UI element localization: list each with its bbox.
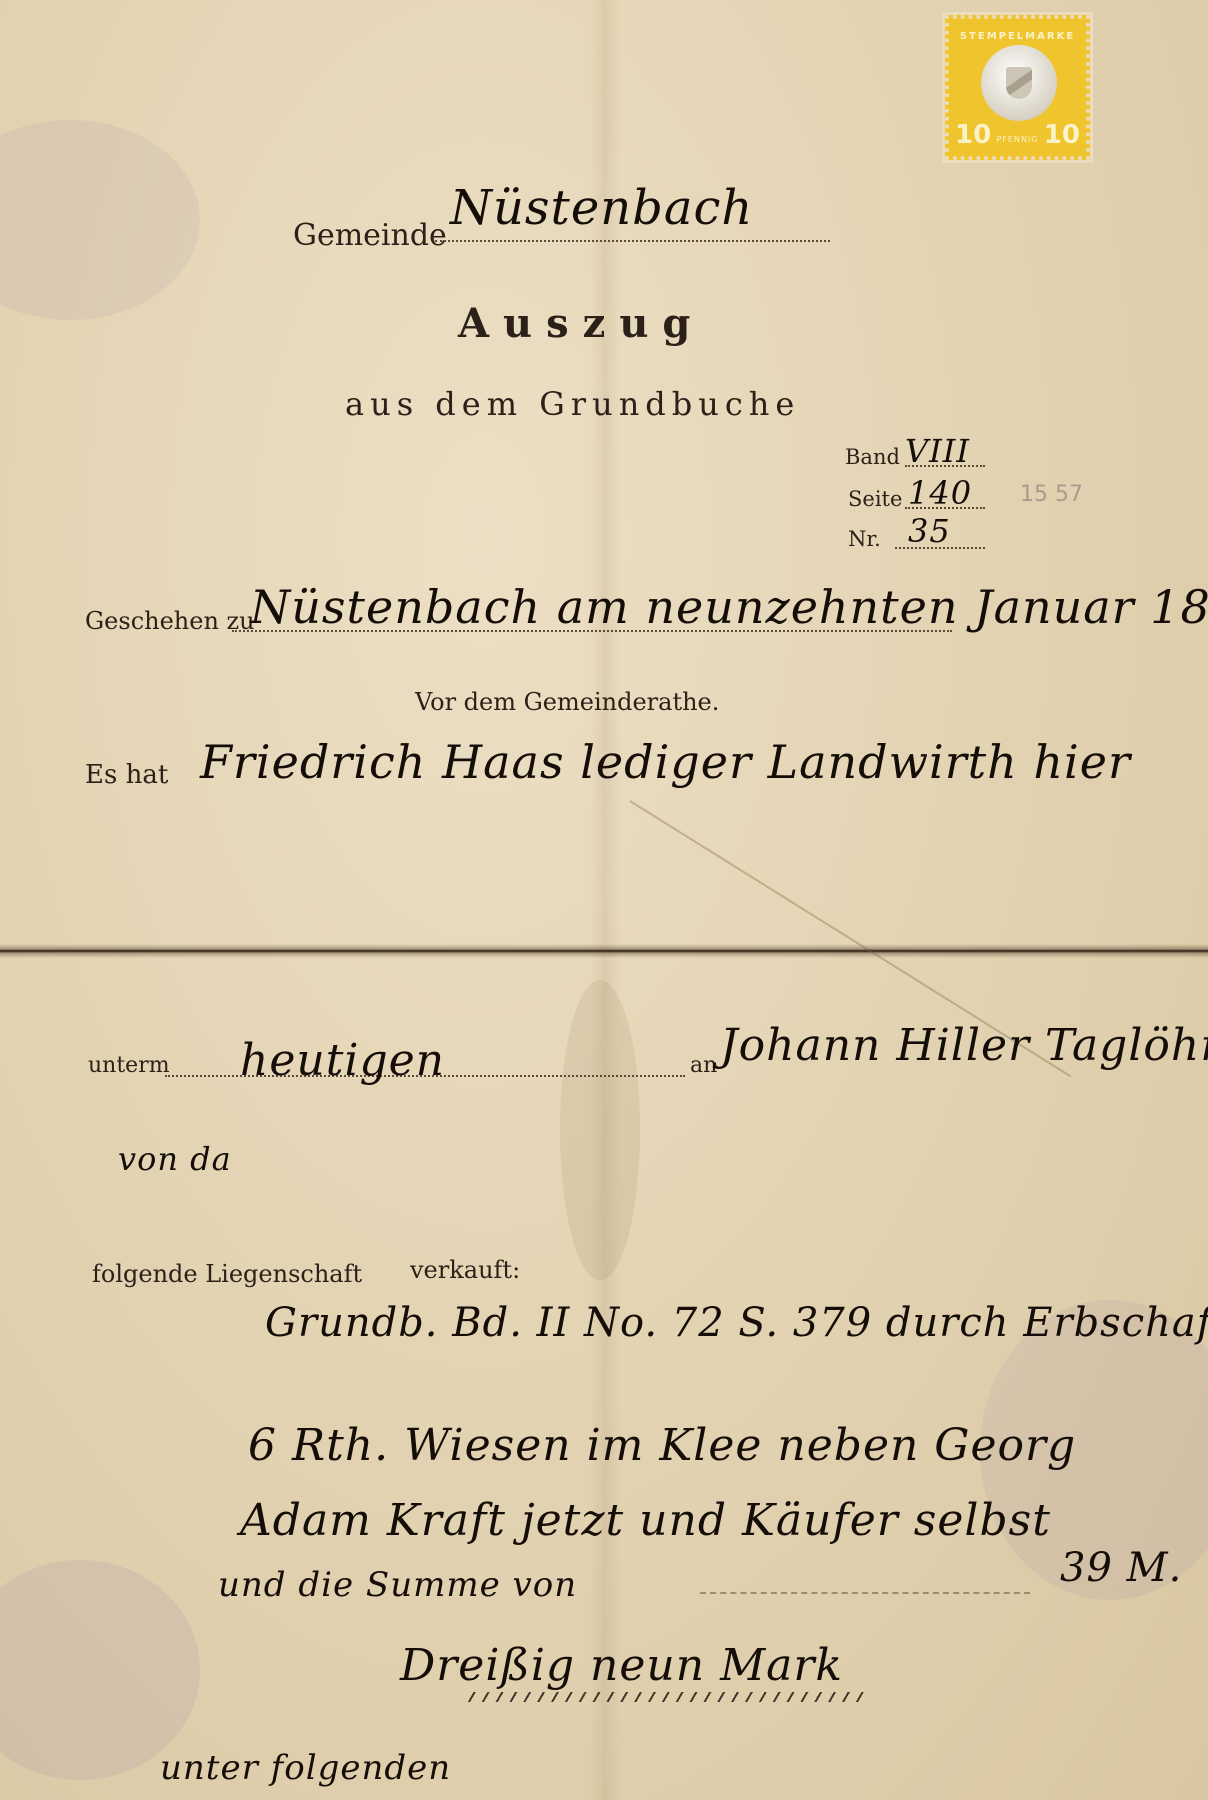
es-hat-label: Es hat [85, 760, 168, 790]
nr-label: Nr. [848, 527, 881, 551]
shield-icon [1006, 67, 1032, 99]
nr-value: 35 [908, 512, 951, 550]
band-label: Band [845, 445, 900, 469]
liegenschaft-label: folgende Liegenschaft [92, 1260, 362, 1288]
geschehen-label: Geschehen zu [85, 607, 255, 635]
seller-value: Friedrich Haas lediger Landwirth hier [200, 735, 1131, 789]
paper-stain [0, 1560, 200, 1780]
stamp-value-right: 10 [1044, 122, 1080, 148]
seite-label: Seite [848, 487, 902, 511]
closing-text: unter folgenden [160, 1748, 451, 1788]
vor-dem-gemeinderathe: Vor dem Gemeinderathe. [415, 688, 719, 716]
pencil-note: 15 57 [1020, 482, 1083, 507]
amount-value: 39 M. [1060, 1545, 1182, 1591]
amount-dotted-line [700, 1592, 1030, 1594]
seite-value: 140 [908, 474, 972, 512]
verkauft-label: verkauft: [410, 1256, 520, 1284]
von-da-value: von da [118, 1140, 232, 1178]
revenue-stamp: STEMPELMARKE 10 PFENNIG 10 [945, 15, 1090, 160]
amount-in-words: Dreißig neun Mark [400, 1640, 843, 1691]
gemeinde-label: Gemeinde [293, 218, 447, 253]
buyer-value: Johann Hiller Taglöhner [720, 1020, 1208, 1071]
stamp-title: STEMPELMARKE [949, 31, 1086, 42]
property-line-4: und die Summe von [218, 1565, 577, 1605]
geschehen-value: Nüstenbach am neunzehnten Januar 1875 [250, 580, 1208, 634]
gemeinde-value: Nüstenbach [450, 180, 753, 236]
stamp-value: 10 PFENNIG 10 [955, 122, 1080, 148]
coat-of-arms-icon [981, 45, 1057, 121]
amount-underline [462, 1692, 867, 1702]
paper-stain [0, 120, 200, 320]
band-value: VIII [905, 432, 970, 470]
document-title: Auszug [458, 300, 704, 347]
property-line-3: Adam Kraft jetzt und Käufer selbst [240, 1495, 1051, 1546]
property-line-1: Grundb. Bd. II No. 72 S. 379 durch Erbsc… [265, 1300, 1208, 1346]
document-subtitle: aus dem Grundbuche [345, 385, 800, 423]
stamp-value-left: 10 [955, 122, 991, 148]
an-label: an [690, 1053, 717, 1078]
horizontal-fold-crease [0, 944, 1208, 958]
property-line-2: 6 Rth. Wiesen im Klee neben Georg [248, 1420, 1076, 1471]
unterm-value: heutigen [240, 1035, 445, 1086]
gemeinde-dotted-line [435, 240, 830, 242]
unterm-label: unterm [88, 1053, 170, 1078]
stamp-unit: PFENNIG [996, 135, 1038, 148]
